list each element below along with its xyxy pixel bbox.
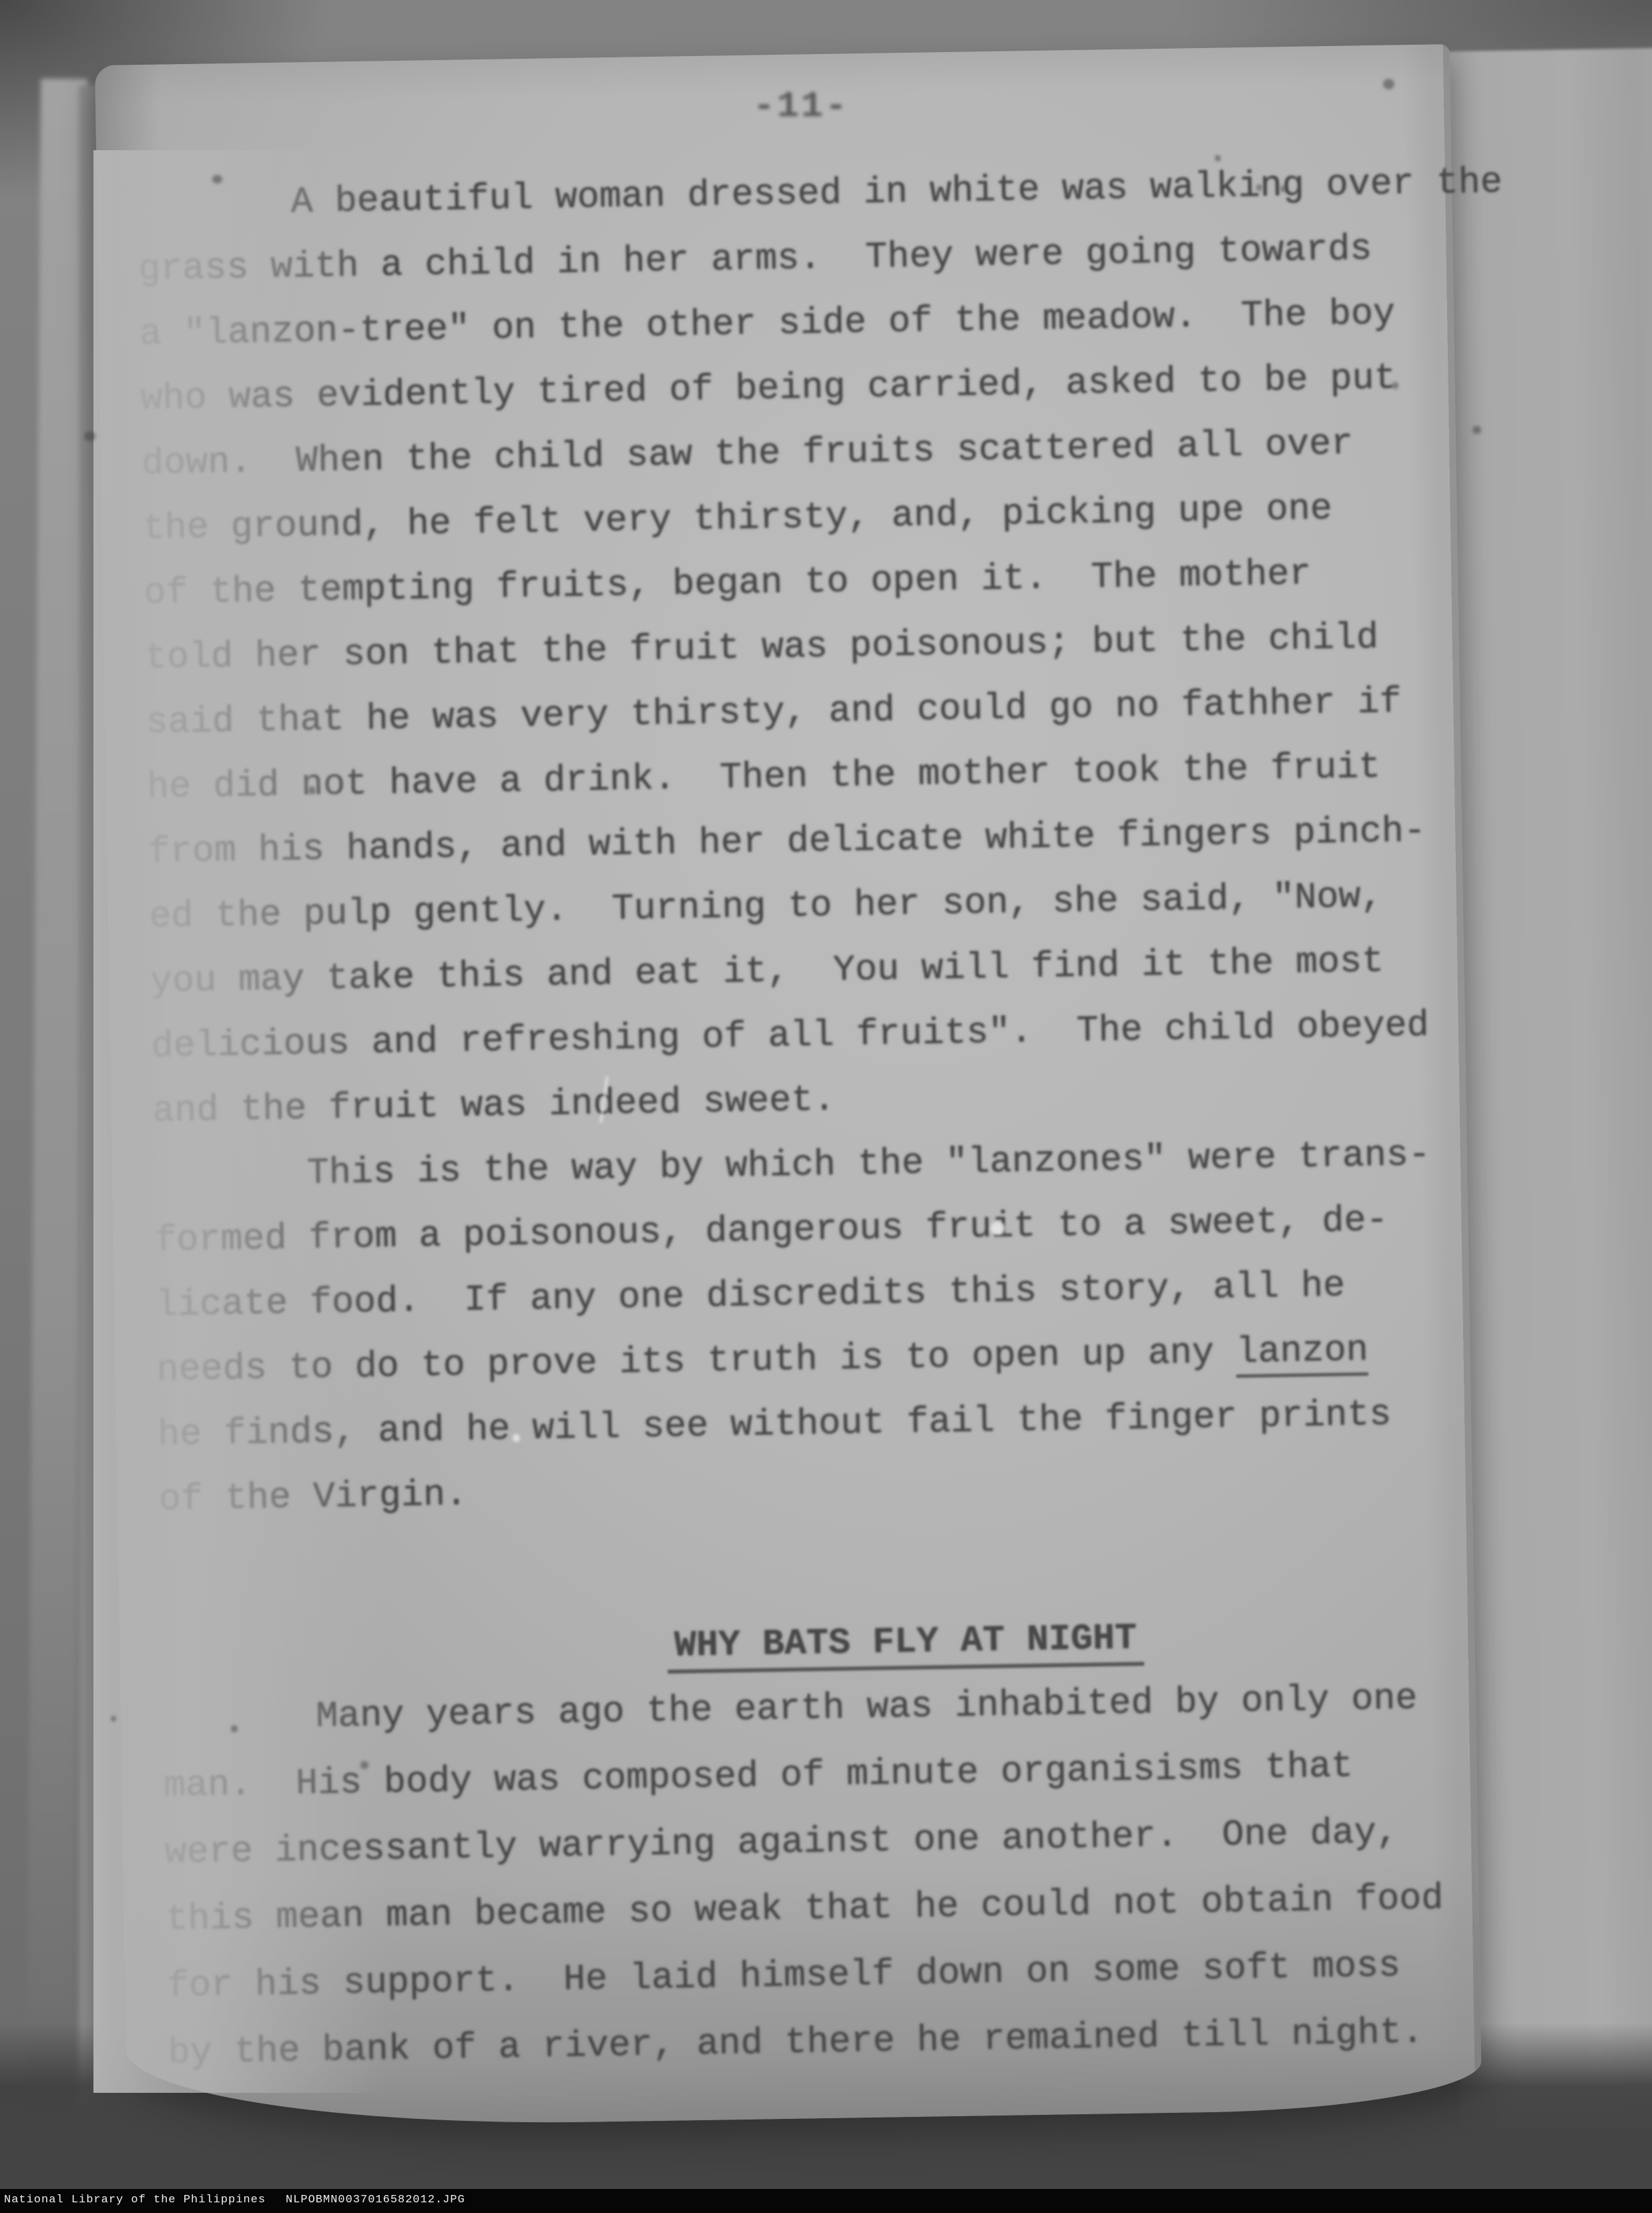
- speck: [1215, 155, 1221, 162]
- speck: [308, 786, 316, 794]
- speck: [1392, 382, 1398, 389]
- library-caption: National Library of the Philippines: [4, 2194, 266, 2206]
- speck: [231, 1725, 238, 1732]
- story-text: A beautiful woman dressed in white was w…: [137, 151, 1463, 2087]
- speck: [111, 1716, 116, 1722]
- light-spot: [991, 1222, 1005, 1235]
- speck: [1472, 426, 1481, 434]
- scanned-book-photo: -11- A beautiful woman dressed in white …: [0, 0, 1652, 2213]
- story-heading-text: WHY BATS FLY AT NIGHT: [667, 1617, 1144, 1674]
- page-number: -11-: [753, 85, 849, 128]
- speck: [1256, 184, 1262, 191]
- caption-bar: National Library of the Philippines NLPO…: [0, 2189, 1652, 2213]
- body-line-text: needs to do to prove its truth is to ope…: [156, 1331, 1236, 1391]
- underlined-word-lanzon: lanzon: [1235, 1329, 1368, 1378]
- filename-caption: NLPOBMN0037016582012.JPG: [286, 2194, 465, 2206]
- speck: [84, 431, 95, 441]
- speck: [1280, 186, 1286, 192]
- speck: [360, 1761, 368, 1769]
- speck: [1383, 79, 1394, 89]
- light-spot: [513, 1434, 520, 1442]
- speck: [212, 175, 222, 184]
